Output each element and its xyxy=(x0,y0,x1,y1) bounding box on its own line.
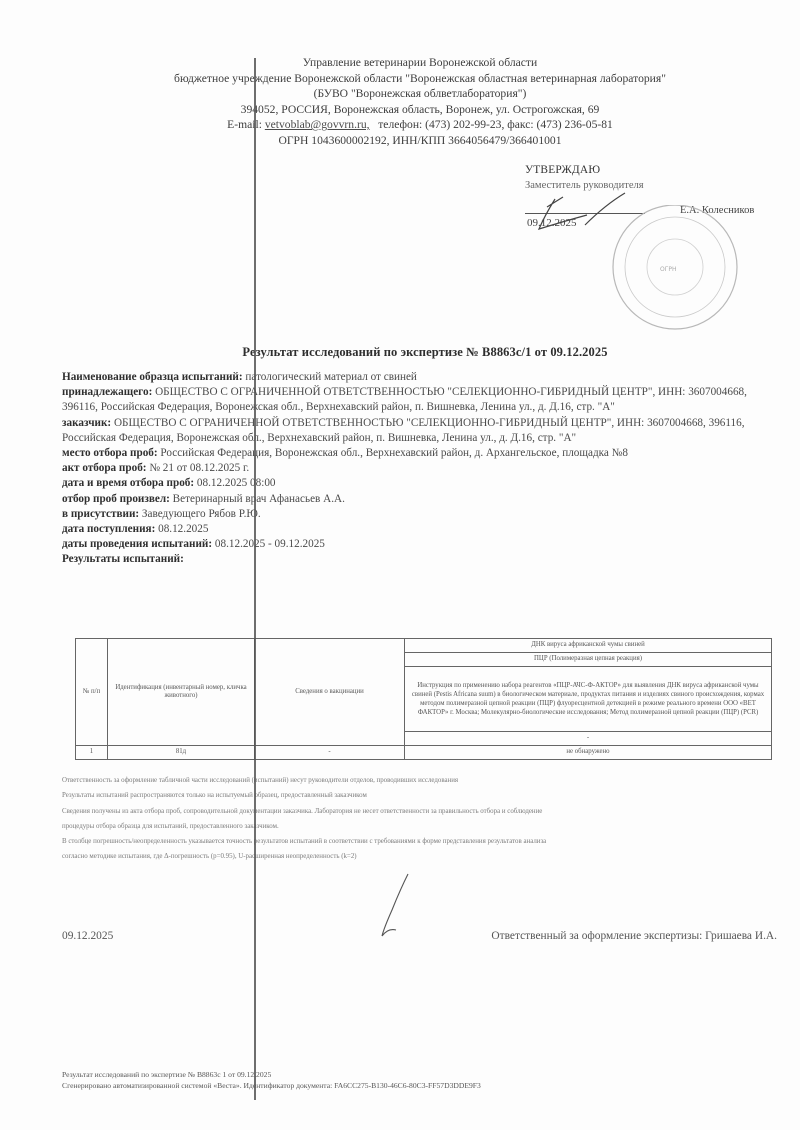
header-authority: Управление ветеринарии Воронежской облас… xyxy=(110,55,730,71)
cell-number: 1 xyxy=(76,746,108,760)
field-sampling-place: место отбора проб: Российская Федерация,… xyxy=(62,446,777,461)
header-contacts: E-mail: vetvoblab@govvrn.ru, телефон: (4… xyxy=(110,117,730,133)
phone-fax: телефон: (473) 202-99-23, факс: (473) 23… xyxy=(378,118,613,131)
results-table: № п/п Идентификация (инвентарный номер, … xyxy=(75,638,772,760)
field-sampled-by: отбор проб произвел: Ветеринарный врач А… xyxy=(62,492,777,507)
field-customer: заказчик: ОБЩЕСТВО С ОГРАНИЧЕННОЙ ОТВЕТС… xyxy=(62,416,777,446)
footer-reference: Результат исследований по экспертизе № В… xyxy=(62,1069,777,1080)
responsible-person: Ответственный за оформление экспертизы: … xyxy=(491,930,777,942)
note: процедуры отбора образца для испытаний, … xyxy=(62,819,777,834)
note: Сведения получены из акта отбора проб, с… xyxy=(62,804,777,819)
email-link[interactable]: vetvoblab@govvrn.ru, xyxy=(265,118,370,131)
document-page: Управление ветеринарии Воронежской облас… xyxy=(0,0,800,1130)
notes-block: Ответственность за оформление табличной … xyxy=(62,773,777,865)
footer-generator: Сгенерировано автоматизированной системо… xyxy=(62,1080,777,1091)
header-unit: - xyxy=(405,732,772,746)
field-sampling-datetime: дата и время отбора проб: 08.12.2025 08:… xyxy=(62,476,777,491)
table-row: 1 81д - не обнаружено xyxy=(76,746,772,760)
field-receipt-date: дата поступления: 08.12.2025 xyxy=(62,522,777,537)
sample-details: Наименование образца испытаний: патологи… xyxy=(62,370,777,568)
document-footer: Результат исследований по экспертизе № В… xyxy=(62,1069,777,1091)
header-address: 394052, РОССИЯ, Воронежская область, Вор… xyxy=(110,102,730,118)
svg-text:ОГРН: ОГРН xyxy=(660,266,677,273)
cell-result: не обнаружено xyxy=(405,746,772,760)
result-title: Результат исследований по экспертизе № В… xyxy=(190,345,660,360)
header-institution: бюджетное учреждение Воронежской области… xyxy=(110,71,730,87)
field-sample-name: Наименование образца испытаний: патологи… xyxy=(62,370,777,385)
seal-stamp-icon: ОГРН xyxy=(590,205,750,335)
note: Результаты испытаний распространяются то… xyxy=(62,788,777,803)
field-test-dates: даты проведения испытаний: 08.12.2025 - … xyxy=(62,537,777,552)
field-results-heading: Результаты испытаний: xyxy=(62,552,777,567)
header-registration: ОГРН 1043600002192, ИНН/КПП 3664056479/3… xyxy=(110,133,730,149)
header-vaccination: Сведения о вакцинации xyxy=(255,639,405,746)
field-owner: принадлежащего: ОБЩЕСТВО С ОГРАНИЧЕННОЙ … xyxy=(62,385,777,415)
header-short-name: (БУВО "Воронежская облветлаборатория") xyxy=(110,86,730,102)
cell-vaccination: - xyxy=(255,746,405,760)
header-identification: Идентификация (инвентарный номер, кличка… xyxy=(108,639,255,746)
organization-header: Управление ветеринарии Воронежской облас… xyxy=(110,55,730,148)
email-label: E-mail: xyxy=(227,118,262,131)
approval-title: УТВЕРЖДАЮ xyxy=(525,163,765,178)
field-in-presence: в присутствии: Заведующего Рябов Р.Ю. xyxy=(62,507,777,522)
cell-identification: 81д xyxy=(108,746,255,760)
responsible-signature-icon xyxy=(370,870,430,940)
scan-artifact-line xyxy=(254,58,256,1100)
header-number: № п/п xyxy=(76,639,108,746)
note: согласно методике испытания, где Δ-погре… xyxy=(62,849,777,864)
header-method-short: ПЦР (Полимеразная цепная реакция) xyxy=(405,653,772,667)
note: В столбце погрешность/неопределенность у… xyxy=(62,834,777,849)
footer-date: 09.12.2025 xyxy=(62,930,113,942)
header-method-full: Инструкция по применению набора реагенто… xyxy=(405,667,772,732)
field-sampling-act: акт отбора проб: № 21 от 08.12.2025 г. xyxy=(62,461,777,476)
note: Ответственность за оформление табличной … xyxy=(62,773,777,788)
header-test-name: ДНК вируса африканской чумы свиней xyxy=(405,639,772,653)
